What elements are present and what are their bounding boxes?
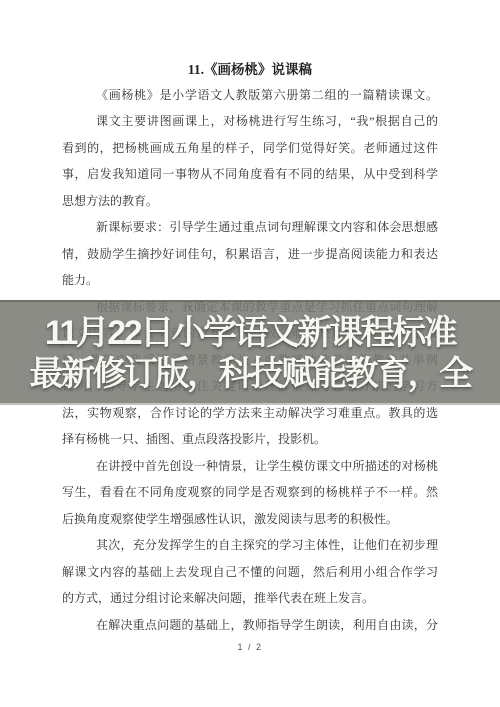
document-title: 11.《画杨桃》说课稿 xyxy=(62,58,438,82)
paragraph-line: 在讲授中首先创设一种情景，让学生模仿课文中所描述的对杨桃 xyxy=(62,453,438,480)
overlay-title-line-2: 最新修订版，科技赋能教育，全 xyxy=(0,354,500,395)
paragraph-line: 事，启发我知道同一事物从不同角度看有不同的结果，从中受到科学 xyxy=(62,161,438,188)
paragraph-line: 的方式，通过分组讨论来解决问题，推举代表在班上发言。 xyxy=(62,585,438,612)
paragraph-line: 择有杨桃一只、插图、重点段落投影片，投影机。 xyxy=(62,426,438,453)
paragraph-line: 解课文内容的基础上去发现自己不懂的问题，然后利用小组合作学习 xyxy=(62,559,438,586)
paragraph-line: 情，鼓励学生摘抄好词佳句，积累语言，进一步提高阅读能力和表达 xyxy=(62,241,438,268)
paragraph-line: 课文主要讲图画课上，对杨桃进行写生练习，“我”根据自己的 xyxy=(62,108,438,135)
overlay-title-line-1: 11月22日小学语文新课程标准 xyxy=(0,313,500,354)
paragraph-line: 看到的，把杨桃画成五角星的样子，同学们觉得好笑。老师通过这件 xyxy=(62,135,438,162)
paragraph: 在解决重点问题的基础上，教师指导学生朗读，利用自由读，分 xyxy=(62,612,438,639)
document-page: 11.《画杨桃》说课稿 《画杨桃》是小学语文人教版第六册第二组的一篇精读课文。课… xyxy=(0,0,500,707)
paragraph: 新课标要求：引导学生通过重点词句理解课文内容和体会思想感情，鼓励学生摘抄好词佳句… xyxy=(62,214,438,294)
page-indicator: 1 / 2 xyxy=(62,640,438,654)
paragraph-line: 思想方法的教育。 xyxy=(62,188,438,215)
paragraph: 课文主要讲图画课上，对杨桃进行写生练习，“我”根据自己的看到的，把杨桃画成五角星… xyxy=(62,108,438,214)
paragraph-line: 写生，看看在不同角度观察的同学是否观察到的杨桃样子不一样。然 xyxy=(62,479,438,506)
paragraph: 其次，充分发挥学生的自主探究的学习主体性，让他们在初步理解课文内容的基础上去发现… xyxy=(62,532,438,612)
paragraph-line: 能力。 xyxy=(62,267,438,294)
paragraph: 《画杨桃》是小学语文人教版第六册第二组的一篇精读课文。 xyxy=(62,82,438,109)
paragraph-line: 其次，充分发挥学生的自主探究的学习主体性，让他们在初步理 xyxy=(62,532,438,559)
paragraph: 在讲授中首先创设一种情景，让学生模仿课文中所描述的对杨桃写生，看看在不同角度观察… xyxy=(62,453,438,533)
caption-overlay-banner: 11月22日小学语文新课程标准 最新修订版，科技赋能教育，全 xyxy=(0,300,500,405)
paragraph-line: 后换角度观察使学生增强感性认识，激发阅读与思考的积极性。 xyxy=(62,506,438,533)
paragraph-line: 新课标要求：引导学生通过重点词句理解课文内容和体会思想感 xyxy=(62,214,438,241)
paragraph-line: 在解决重点问题的基础上，教师指导学生朗读，利用自由读，分 xyxy=(62,612,438,639)
paragraph-line: 《画杨桃》是小学语文人教版第六册第二组的一篇精读课文。 xyxy=(62,82,438,109)
